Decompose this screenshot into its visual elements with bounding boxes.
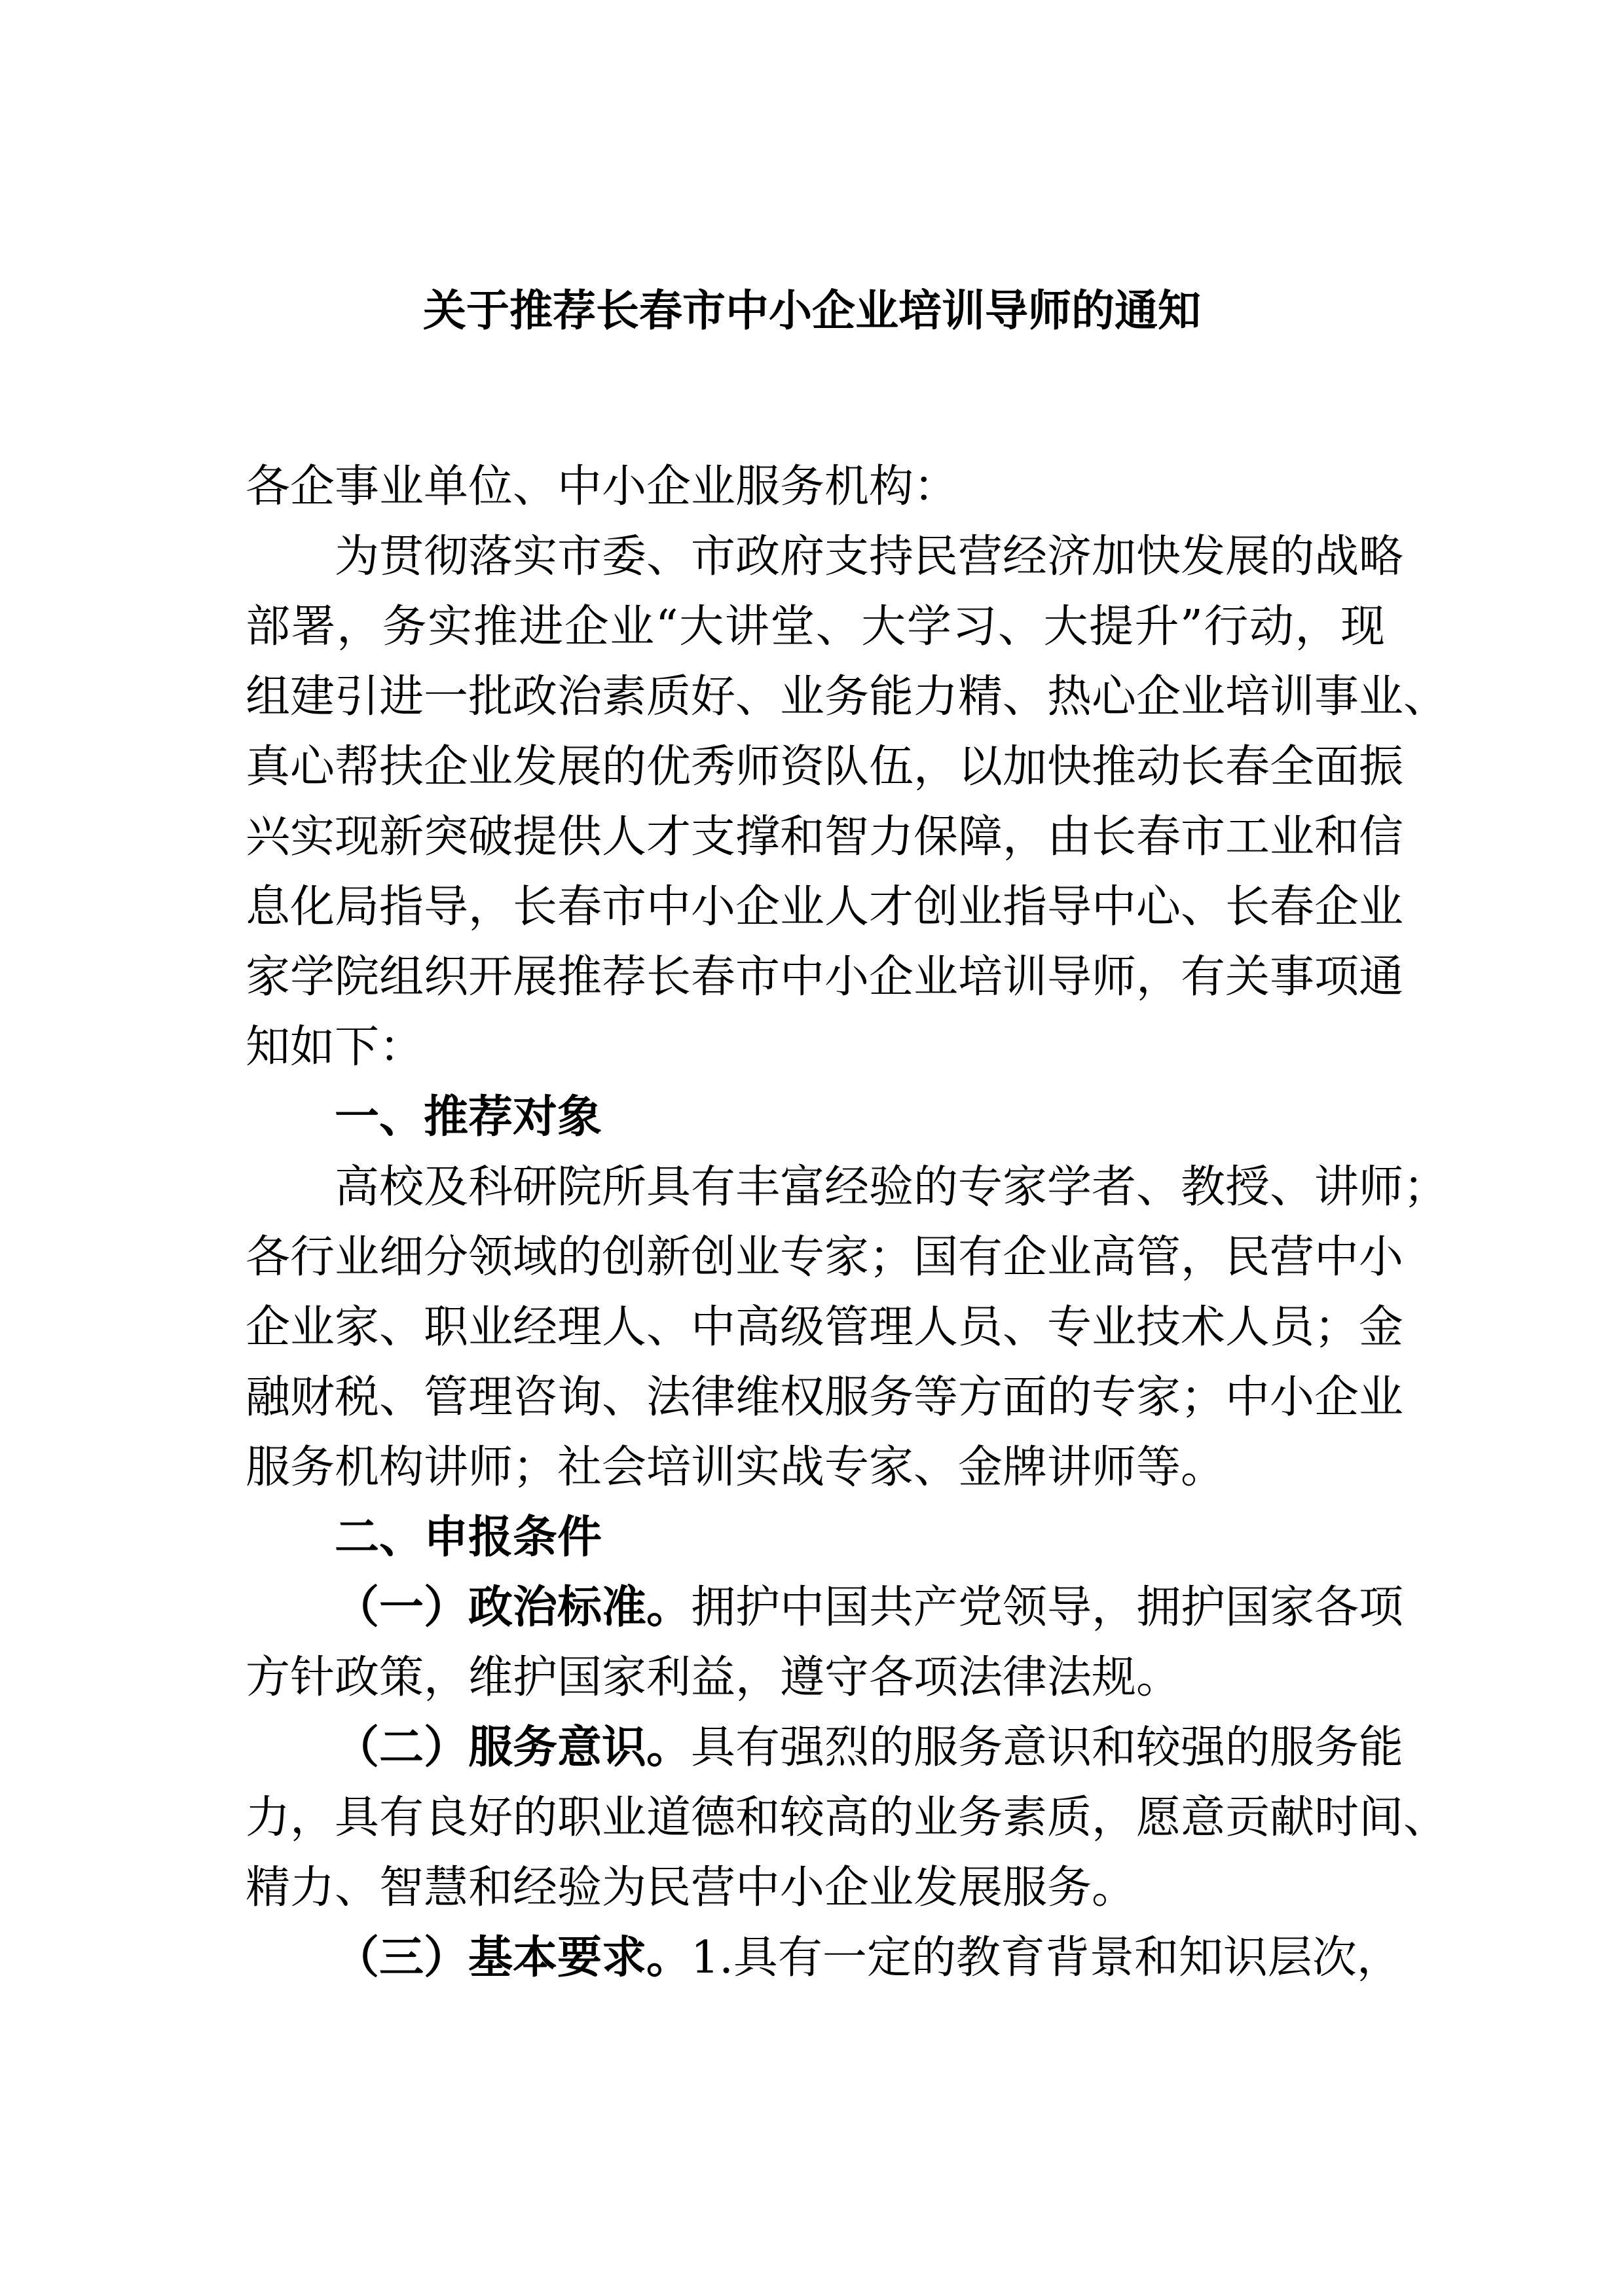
paragraph-line: 为贯彻落实市委、市政府支持民营经济加快发展的战略 bbox=[246, 522, 1385, 592]
paragraph-line: （一）政治标准。拥护中国共产党领导，拥护国家各项 bbox=[246, 1573, 1385, 1643]
paragraph-line: 知如下： bbox=[246, 1012, 1385, 1082]
section-heading-recommendation-targets: 一、推荐对象 bbox=[246, 1082, 1385, 1152]
paragraph-line: 家学院组织开展推荐长春市中小企业培训导师，有关事项通 bbox=[246, 942, 1385, 1012]
paragraph-line: 方针政策，维护国家利益，遵守各项法律法规。 bbox=[246, 1643, 1385, 1713]
intro-paragraph: 为贯彻落实市委、市政府支持民营经济加快发展的战略 部署，务实推进企业“大讲堂、大… bbox=[246, 522, 1385, 1082]
document-title: 关于推荐长春市中小企业培训导师的通知 bbox=[0, 282, 1624, 340]
paragraph-line: 融财税、管理咨询、法律维权服务等方面的专家；中小企业 bbox=[246, 1362, 1385, 1432]
salutation: 各企事业单位、中小企业服务机构： bbox=[246, 452, 1385, 522]
document-page: 关于推荐长春市中小企业培训导师的通知 各企事业单位、中小企业服务机构： 为贯彻落… bbox=[0, 0, 1624, 2296]
paragraph-line: 真心帮扶企业发展的优秀师资队伍，以加快推动长春全面振 bbox=[246, 732, 1385, 802]
condition-label: （一）政治标准。 bbox=[335, 1582, 691, 1633]
condition-service-awareness: （二）服务意识。具有强烈的服务意识和较强的服务能 力，具有良好的职业道德和较高的… bbox=[246, 1713, 1385, 1923]
condition-label: （二）服务意识。 bbox=[335, 1722, 691, 1774]
paragraph-line: 息化局指导，长春市中小企业人才创业指导中心、长春企业 bbox=[246, 872, 1385, 942]
paragraph-line: （三）基本要求。1.具有一定的教育背景和知识层次， bbox=[246, 1923, 1385, 1993]
paragraph-line: （二）服务意识。具有强烈的服务意识和较强的服务能 bbox=[246, 1713, 1385, 1783]
paragraph-line: 部署，务实推进企业“大讲堂、大学习、大提升”行动，现 bbox=[246, 592, 1385, 662]
paragraph-line: 精力、智慧和经验为民营中小企业发展服务。 bbox=[246, 1853, 1385, 1923]
paragraph-line: 力，具有良好的职业道德和较高的业务素质，愿意贡献时间、 bbox=[246, 1783, 1385, 1853]
paragraph-line: 企业家、职业经理人、中高级管理人员、专业技术人员；金 bbox=[246, 1292, 1385, 1362]
section1-paragraph: 高校及科研院所具有丰富经验的专家学者、教授、讲师； 各行业细分领域的创新创业专家… bbox=[246, 1152, 1385, 1503]
paragraph-line: 各行业细分领域的创新创业专家；国有企业高管，民营中小 bbox=[246, 1222, 1385, 1292]
paragraph-line: 服务机构讲师；社会培训实战专家、金牌讲师等。 bbox=[246, 1432, 1385, 1503]
paragraph-line: 组建引进一批政治素质好、业务能力精、热心企业培训事业、 bbox=[246, 662, 1385, 732]
paragraph-line: 兴实现新突破提供人才支撑和智力保障，由长春市工业和信 bbox=[246, 802, 1385, 872]
condition-basic-requirements: （三）基本要求。1.具有一定的教育背景和知识层次， bbox=[246, 1923, 1385, 1993]
condition-label: （三）基本要求。 bbox=[335, 1932, 691, 1984]
condition-political-standard: （一）政治标准。拥护中国共产党领导，拥护国家各项 方针政策，维护国家利益，遵守各… bbox=[246, 1573, 1385, 1713]
section-heading-application-conditions: 二、申报条件 bbox=[246, 1503, 1385, 1573]
document-body: 各企事业单位、中小企业服务机构： 为贯彻落实市委、市政府支持民营经济加快发展的战… bbox=[246, 452, 1385, 1993]
paragraph-line: 高校及科研院所具有丰富经验的专家学者、教授、讲师； bbox=[246, 1152, 1385, 1222]
